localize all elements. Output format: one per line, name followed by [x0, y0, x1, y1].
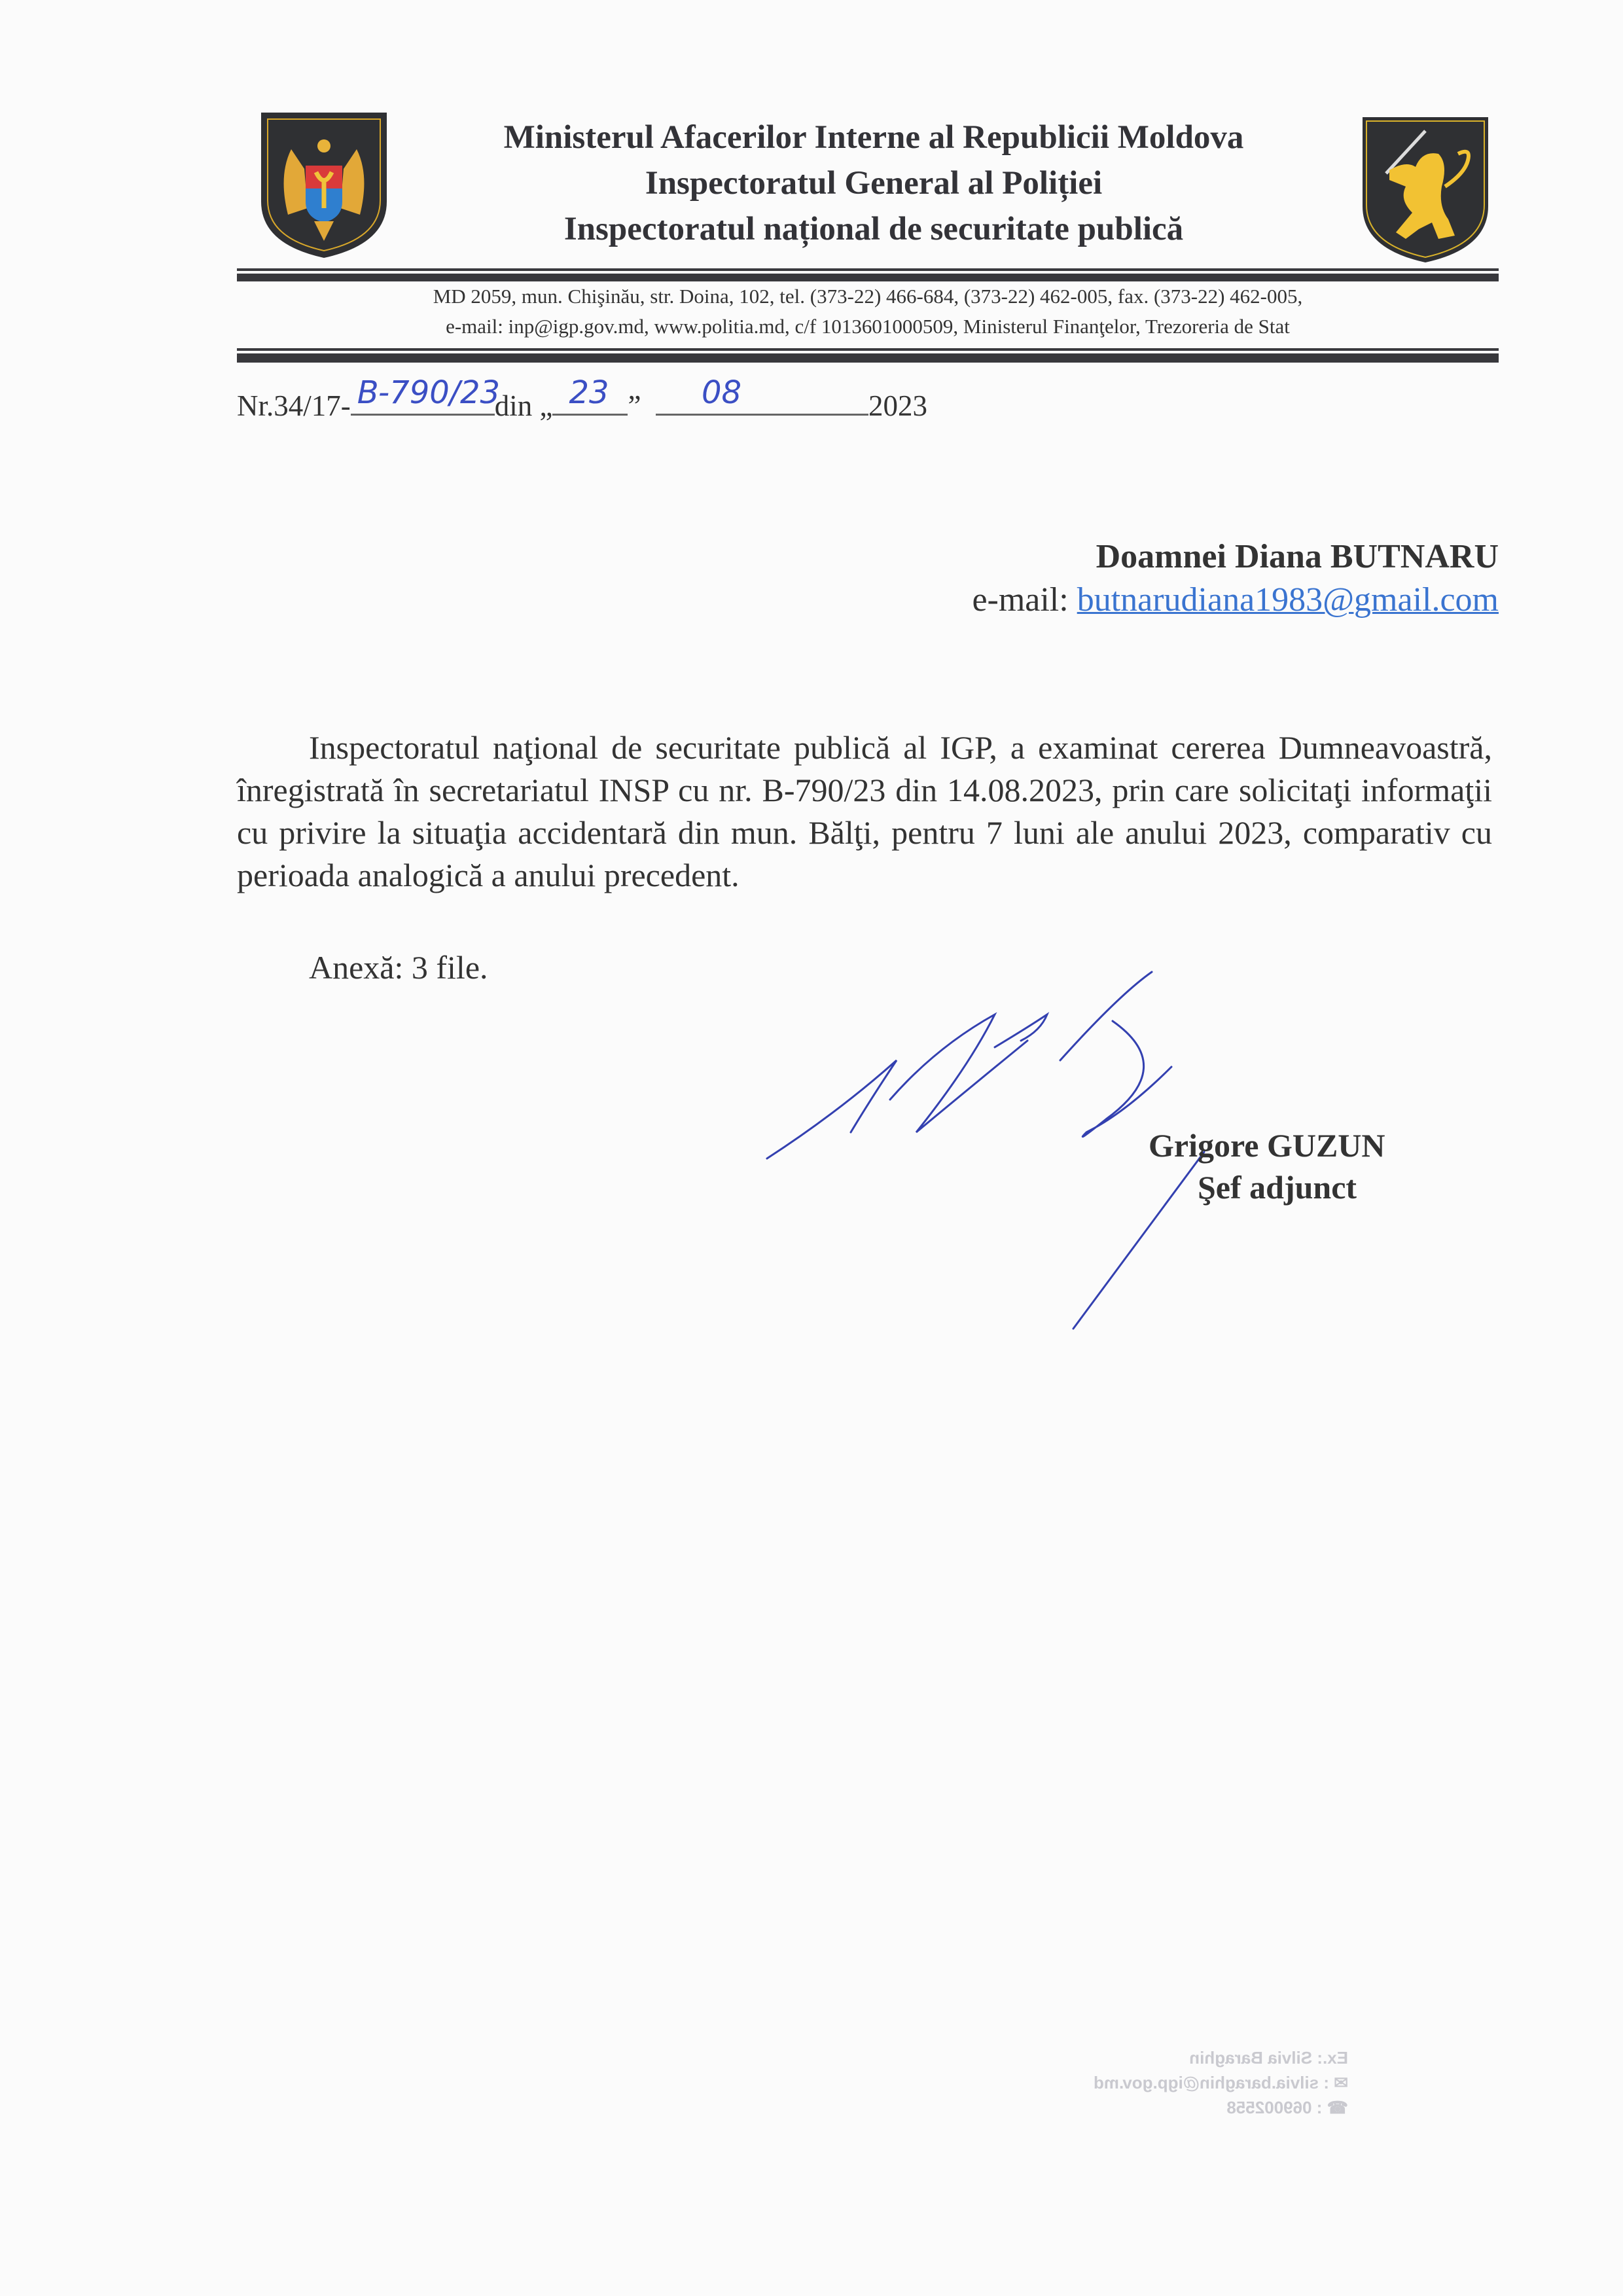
month-field: 08	[656, 387, 868, 416]
addressee-block: Doamnei Diana BUTNARU e-mail: butnarudia…	[972, 535, 1499, 622]
reference-line: Nr.34/17-B-790/23din „23” 082023	[237, 386, 927, 425]
ministry-title: Ministerul Afacerilor Interne al Republi…	[393, 115, 1355, 160]
address-line: MD 2059, mun. Chişinău, str. Doina, 102,…	[237, 281, 1499, 312]
contact-line: e-mail: inp@igp.gov.md, www.politia.md, …	[237, 312, 1499, 342]
reference-number-handwritten: B-790/23	[357, 373, 500, 412]
email-label: e-mail:	[972, 581, 1077, 619]
executor-phone: ☎ : 069002558	[1008, 2095, 1348, 2120]
reference-prefix: Nr.34/17-	[237, 389, 351, 422]
igp-title: Inspectoratul General al Poliției	[393, 160, 1355, 206]
signatory-name: Grigore GUZUN	[1149, 1124, 1385, 1166]
executor-bleedthrough: Ex.: Silvia Baraghin ✉ : silvia.baraghin…	[1008, 2045, 1348, 2120]
moldova-coat-of-arms-icon	[259, 110, 389, 260]
reference-year: 2023	[868, 389, 927, 422]
din-label: din „	[495, 389, 553, 422]
letterhead-address: MD 2059, mun. Chişinău, str. Doina, 102,…	[237, 281, 1499, 342]
executor-email: ✉ : silvia.baraghin@igp.gov.md	[1008, 2070, 1348, 2095]
addressee-email-link[interactable]: butnarudiana1983@gmail.com	[1077, 581, 1499, 619]
signatory-title: Şef adjunct	[1198, 1166, 1357, 1208]
header-divider-top	[237, 268, 1499, 281]
letter-body: Inspectoratul naţional de securitate pub…	[237, 726, 1492, 897]
day-handwritten: 23	[569, 373, 609, 412]
reference-number-field: B-790/23	[351, 387, 495, 416]
annex-note: Anexă: 3 file.	[309, 948, 488, 987]
close-quote: ”	[628, 389, 641, 422]
addressee-name: Doamnei Diana BUTNARU	[972, 535, 1499, 579]
executor-name: Ex.: Silvia Baraghin	[1008, 2045, 1348, 2070]
day-field: 23	[552, 387, 628, 416]
header-divider-bottom	[237, 348, 1499, 363]
insp-title: Inspectoratul național de securitate pub…	[393, 206, 1355, 252]
month-handwritten: 08	[702, 373, 741, 412]
police-lion-emblem-icon	[1360, 115, 1491, 265]
letterhead-title: Ministerul Afacerilor Interne al Republi…	[393, 115, 1355, 252]
